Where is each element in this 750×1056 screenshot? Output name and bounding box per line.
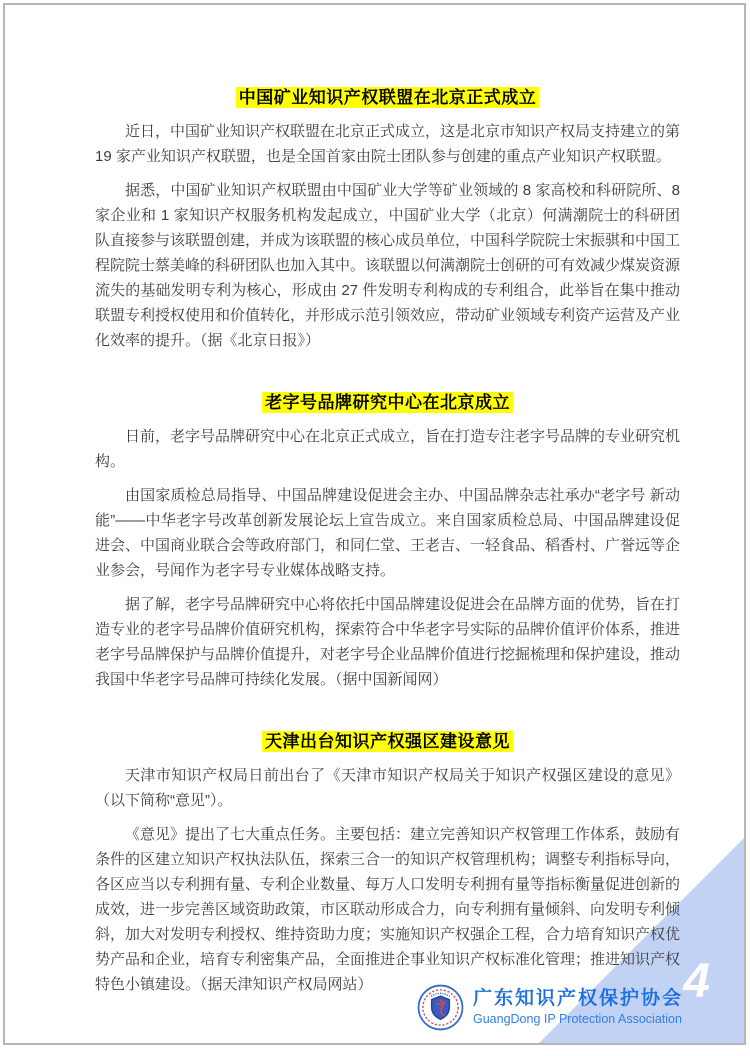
highlighted-title-text: 老字号品牌研究中心在北京成立 <box>262 392 513 413</box>
article-paragraph: 由国家质检总局指导、中国品牌建设促进会主办、中国品牌杂志社承办“老字号 新动能”… <box>95 483 680 583</box>
association-emblem-icon <box>417 984 464 1031</box>
article-title: 中国矿业知识产权联盟在北京正式成立 <box>95 84 680 110</box>
highlighted-title-text: 天津出台知识产权强区建设意见 <box>262 731 513 752</box>
document-page: 中国矿业知识产权联盟在北京正式成立 近日，中国矿业知识产权联盟在北京正式成立，这… <box>0 0 750 1056</box>
article-paragraph: 据悉，中国矿业知识产权联盟由中国矿业大学等矿业领域的 8 家高校和科研院所、8 … <box>95 178 680 353</box>
footer-organization: 广东知识产权保护协会 GuangDong IP Protection Assoc… <box>417 984 683 1031</box>
article-paragraph: 据了解，老字号品牌研究中心将依托中国品牌建设促进会在品牌方面的优势，旨在打造专业… <box>95 592 680 692</box>
article-paragraph: 日前，老字号品牌研究中心在北京正式成立，旨在打造专注老字号品牌的专业研究机构。 <box>95 424 680 474</box>
article-title: 天津出台知识产权强区建设意见 <box>95 728 680 754</box>
highlighted-title-text: 中国矿业知识产权联盟在北京正式成立 <box>236 87 540 108</box>
article-paragraph: 《意见》提出了七大重点任务。主要包括：建立完善知识产权管理工作体系，鼓励有条件的… <box>95 822 680 997</box>
organization-name-en: GuangDong IP Protection Association <box>473 1011 683 1027</box>
organization-name-block: 广东知识产权保护协会 GuangDong IP Protection Assoc… <box>473 988 683 1027</box>
article-paragraph: 天津市知识产权局日前出台了《天津市知识产权局关于知识产权强区建设的意见》（以下简… <box>95 763 680 813</box>
article-paragraph: 近日，中国矿业知识产权联盟在北京正式成立，这是北京市知识产权局支持建立的第 19… <box>95 119 680 169</box>
page-content: 中国矿业知识产权联盟在北京正式成立 近日，中国矿业知识产权联盟在北京正式成立，这… <box>95 0 680 997</box>
page-number: 4 <box>683 954 710 1009</box>
article-title: 老字号品牌研究中心在北京成立 <box>95 389 680 415</box>
organization-name-cn: 广东知识产权保护协会 <box>473 988 683 1010</box>
